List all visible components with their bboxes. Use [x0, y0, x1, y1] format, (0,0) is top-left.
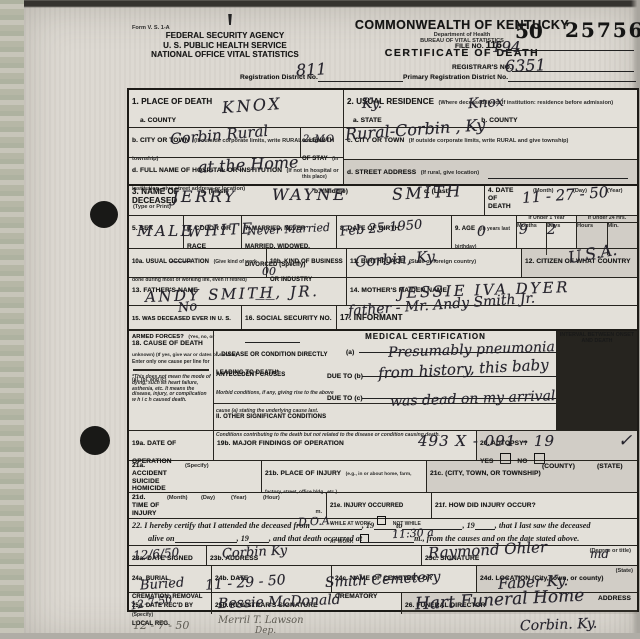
registrar-no-label: REGISTRAR'S NO.: [452, 64, 512, 72]
certify-seg-1: 22. I hereby certify that I attended the…: [132, 521, 310, 530]
file-no-label: FILE NO.: [455, 43, 484, 51]
field-accident-suicide-homicide: 21a. ACCIDENT SUICIDE HOMICIDE (Specify): [129, 461, 262, 492]
field-how-injury-occurred: 21f. HOW DID INJURY OCCUR?: [432, 493, 637, 518]
injury-city-label: 21c. (CITY, TOWN, OR TOWNSHIP): [430, 470, 541, 477]
due-to-b-label: DUE TO (b): [327, 373, 363, 381]
due-to-c-label: DUE TO (c): [327, 395, 363, 403]
hw-occupation-dash: ——: [170, 256, 192, 267]
funeral-director-address-label: ADDRESS: [598, 595, 631, 603]
major-findings-label: 19b. MAJOR FINDINGS OF OPERATION: [217, 440, 344, 447]
cause-a-label: (a): [346, 349, 354, 357]
certify-seg-5: , that I last saw the deceased: [495, 521, 591, 530]
certification-paragraph: 22. I hereby certify that I attended the…: [129, 519, 637, 545]
hw-armed-forces: No: [177, 300, 197, 315]
injury-state-label: (STATE): [597, 463, 623, 471]
section-cause-of-death: 18. CAUSE OF DEATH Enter only one cause …: [129, 331, 214, 430]
field-time-of-injury: 21d. TIME OF INJURY (Month) (Day) (Year)…: [129, 493, 327, 518]
hw-findings: 493 X - 091 - 19: [418, 434, 555, 449]
street-address-label: d. STREET ADDRESS: [347, 169, 416, 176]
hw-funeral-director-address: Corbin. Ky.: [520, 617, 598, 634]
hw-attended-from: D.O.A.: [298, 515, 334, 528]
agency-line-2: U. S. PUBLIC HEALTH SERVICE: [130, 41, 320, 50]
age-label: 9. AGE: [455, 226, 475, 232]
field-place-of-injury: 21b. PLACE OF INJURY (e.g., in or about …: [262, 461, 427, 492]
pencil-registrar-name: Merril T. Lawson: [218, 616, 304, 626]
hw-registrar-no: 194: [492, 40, 521, 55]
certify-seg-2: , 19: [362, 521, 374, 530]
hw-physician-degree: md: [590, 548, 609, 560]
burial-location-state-label: (State): [616, 568, 633, 574]
hw-industry: 00: [262, 266, 276, 277]
hw-burial-type: Buried: [140, 576, 185, 592]
cause-footnote: *This does not mean the mode of dying, s…: [132, 375, 211, 404]
certify-alive-blank: [175, 533, 237, 543]
hw-primary-district: 6351: [505, 57, 546, 74]
dod-year-label: (Year): [607, 188, 623, 194]
toi-day: (Day): [201, 495, 215, 501]
hw-death-time: 11:30 a: [392, 527, 434, 540]
certify-seg-4: , 19: [462, 521, 474, 530]
hole-punch-dot: [90, 201, 118, 228]
hw-race: WHITE: [187, 221, 256, 240]
scan-bottom-edge: [0, 633, 640, 639]
field-injury-location: 21c. (CITY, TOWN, OR TOWNSHIP) (COUNTY) …: [427, 461, 637, 492]
hw-last-name: SMITH: [392, 183, 464, 203]
hw-reg-district: 811: [296, 61, 327, 79]
usual-residence-title: 2. USUAL RESIDENCE: [347, 97, 434, 106]
hw-length-of-stay: 2 MO: [303, 135, 335, 145]
certify-seg-8: , and that death occurred at: [269, 534, 362, 543]
residence-city-note: (If outside corporate limits, write RURA…: [409, 138, 569, 144]
pencil-deputy: Dep.: [255, 627, 276, 636]
injury-county-label: (COUNTY): [542, 463, 575, 471]
toi-hour: (Hour): [263, 495, 280, 501]
hw-county: KNOX: [222, 96, 283, 116]
agency-line-1: FEDERAL SECURITY AGENCY: [130, 31, 320, 40]
hw-middle-name: WAYNE: [272, 187, 347, 203]
hw-age-years: 0: [477, 225, 486, 239]
field-ssn: 16. SOCIAL SECURITY NO.: [242, 306, 337, 329]
stamp-number-serial: 25756: [565, 18, 640, 42]
antecedent-causes-label: ANTECEDENT CAUSES: [216, 372, 285, 378]
hw-age-days: 2: [547, 223, 556, 237]
hole-punch-dot: [80, 426, 110, 455]
toi-month: (Month): [167, 495, 188, 501]
accident-label: 21a. ACCIDENT SUICIDE HOMICIDE: [132, 462, 176, 493]
certify-seg-7: , 19: [237, 534, 249, 543]
scan-left-edge: [0, 0, 24, 639]
place-of-death-title: 1. PLACE OF DEATH: [132, 97, 212, 106]
hw-first-name: JERRY: [172, 189, 237, 205]
hw-ssn-dash: ——: [255, 295, 275, 305]
injury-occurred-label: 21e. INJURY OCCURRED: [330, 503, 403, 509]
residence-county-label: b. COUNTY: [481, 117, 517, 124]
under-24-hrs-label: If Under 24 Hrs.: [577, 216, 637, 223]
name-subtitle: (Type or Print): [133, 204, 171, 210]
hw-date-signed: 12/6/50: [133, 546, 180, 561]
hw-residence-county: Knox: [468, 95, 505, 111]
hw-registrar-signature: Bessie McDonald: [218, 593, 341, 611]
field-date-of-operation: 19a. DATE OF OPERATION: [129, 431, 214, 460]
ssn-label: 16. SOCIAL SECURITY NO.: [245, 315, 332, 322]
street-address-note: (If rural, give location): [421, 170, 479, 176]
cause-title: 18. CAUSE OF DEATH: [132, 340, 203, 347]
hw-autopsy-check: ✓: [618, 433, 632, 450]
reg-district-blank: [318, 72, 403, 82]
certify-seg-6: alive on: [148, 534, 175, 543]
divider: [300, 128, 301, 157]
interval-column: INTERVAL BETWEEN ONSET AND DEATH: [556, 331, 637, 430]
divider: [133, 369, 209, 371]
place-of-injury-label: 21b. PLACE OF INJURY: [265, 470, 341, 477]
pencil-date-received: 12 - 7 - 50: [133, 620, 189, 631]
hw-sex: MALE: [137, 224, 194, 239]
interval-label: INTERVAL BETWEEN ONSET AND DEATH: [557, 332, 637, 344]
field-industry: 10b. KIND OF BUSINESS OR INDUSTRY: [267, 249, 347, 277]
date-of-death-title: 4. DATE OF DEATH: [488, 187, 520, 210]
file-no-blank: [502, 41, 634, 51]
accident-note: (Specify): [185, 463, 209, 469]
county-label: a. COUNTY: [140, 117, 176, 124]
certify-blank: [475, 520, 495, 530]
hw-residence-state: Ky.: [362, 97, 382, 111]
certify-blank: [249, 533, 269, 543]
death-certificate-scan: Form V. S. 1-A FEDERAL SECURITY AGENCY U…: [0, 0, 640, 639]
hw-age-months: 9: [519, 223, 528, 237]
street-address-blank: [488, 169, 628, 179]
other-significant-conditions-label: II. OTHER SIGNIFICANT CONDITIONS: [216, 414, 326, 420]
time-of-injury-label: 21d. TIME OF INJURY: [132, 494, 162, 517]
field-usual-occupation: 10a. USUAL OCCUPATION (Give kind of work…: [129, 249, 267, 277]
usual-residence-note: (Where deceased lived. If institution: r…: [438, 100, 613, 106]
toi-year: (Year): [231, 495, 247, 501]
hw-physician-address: Corbin Ky: [222, 544, 288, 560]
primary-district-label: Primary Registration District No.: [403, 74, 508, 82]
agency-line-3: NATIONAL OFFICE VITAL STATISTICS: [130, 50, 320, 59]
scan-top-edge: [0, 0, 640, 7]
field-injury-occurred: 21e. INJURY OCCURRED WHILE AT WORK NOT W…: [327, 493, 432, 518]
how-injury-label: 21f. HOW DID INJURY OCCUR?: [435, 502, 536, 509]
